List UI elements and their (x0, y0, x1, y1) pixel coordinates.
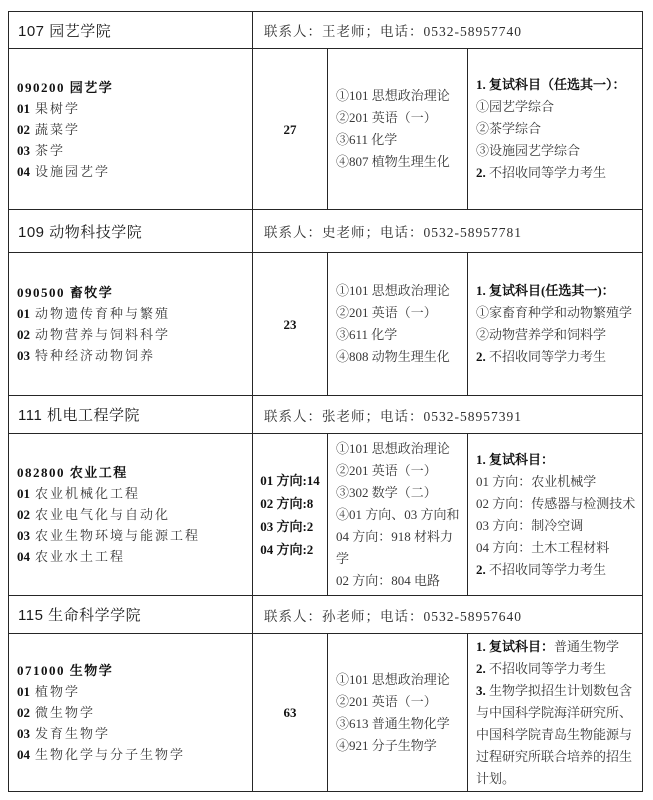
retest-line: 2. 不招收同等学力考生 (476, 658, 638, 680)
direction-number: 02 (17, 705, 30, 720)
direction-name: 茶学 (35, 143, 65, 158)
admissions-table: 107 园艺学院 联系人：王老师；电话：0532-58957740 090200… (8, 11, 643, 792)
contact-cell: 联系人：王老师；电话：0532-58957740 (253, 12, 643, 49)
direction-number: 03 (17, 528, 30, 543)
retest-list: 1. 复试科目（任选其一）： ①园艺学综合 ②茶学综合 ③设施园艺学综合 2. … (476, 74, 638, 184)
document-page: { "colors": { "background": "#ffffff", "… (0, 0, 653, 800)
direction-name: 设施园艺学 (35, 164, 110, 179)
quota-line: 23 (284, 313, 297, 336)
direction-item: 03茶学 (17, 140, 248, 161)
quota-lines: 27 (284, 118, 297, 141)
program-code-name: 090200 园艺学 (17, 77, 248, 98)
retest-line: 1. 复试科目（任选其一）： (476, 74, 638, 96)
direction-number: 03 (17, 143, 30, 158)
exam-subject-line: ①101 思想政治理论 (336, 85, 464, 107)
retest-line: ②动物营养学和饲料学 (476, 324, 638, 346)
direction-item: 03农业生物环境与能源工程 (17, 525, 248, 546)
direction-name: 农业水土工程 (35, 549, 125, 564)
retest-line: ③设施园艺学综合 (476, 140, 638, 162)
direction-item: 02蔬菜学 (17, 119, 248, 140)
exam-subject-line: ②201 英语（一） (336, 691, 464, 713)
exam-subjects-cell: ①101 思想政治理论②201 英语（一）③613 普通生物化学④921 分子生… (328, 634, 468, 792)
college-header-row: 109 动物科技学院 联系人：史老师；电话：0532-58957781 (9, 210, 643, 253)
direction-name: 动物营养与饲料科学 (35, 327, 170, 342)
exam-subject-line: ②201 英语（一） (336, 460, 464, 482)
exam-subject-line: ①101 思想政治理论 (336, 669, 464, 691)
college-name: 115 生命科学学院 (18, 607, 141, 624)
retest-cell: 1. 复试科目（任选其一）： ①园艺学综合 ②茶学综合 ③设施园艺学综合 2. … (468, 49, 643, 210)
quota-cell: 23 (253, 253, 328, 396)
retest-bold: 2. (476, 165, 486, 180)
direction-name: 动物遗传育种与繁殖 (35, 306, 170, 321)
retest-line: 1. 复试科目(任选其一)： (476, 280, 638, 302)
retest-cell: 1. 复试科目： 01 方向：农业机械学 02 方向：传感器与检测技术 03 方… (468, 434, 643, 596)
retest-cell: 1. 复试科目：普通生物学 2. 不招收同等学力考生 3. 生物学拟招生计划数包… (468, 634, 643, 792)
program-cell: 090200 园艺学 01果树学 02蔬菜学 03茶学 04设施园艺学 (9, 49, 253, 210)
program-row: 090500 畜牧学 01动物遗传育种与繁殖 02动物营养与饲料科学 03特种经… (9, 253, 643, 396)
retest-text: 01 方向：农业机械学 (476, 474, 596, 489)
quota-lines: 01 方向:1402 方向:803 方向:204 方向:2 (260, 469, 320, 561)
direction-name: 农业电气化与自动化 (35, 507, 170, 522)
direction-item: 03发育生物学 (17, 723, 248, 744)
retest-text: 普通生物学 (554, 639, 619, 654)
direction-list: 01农业机械化工程 02农业电气化与自动化 03农业生物环境与能源工程 04农业… (17, 483, 248, 567)
quota-line: 04 方向:2 (260, 538, 320, 561)
retest-text: ①家畜育种学和动物繁殖学 (476, 305, 632, 320)
direction-item: 04农业水土工程 (17, 546, 248, 567)
exam-subject-line: ②201 英语（一） (336, 302, 464, 324)
contact-info: 联系人：孙老师；电话：0532-58957640 (264, 609, 522, 624)
direction-number: 03 (17, 348, 30, 363)
quota-line: 01 方向:14 (260, 469, 320, 492)
quota-line: 63 (284, 701, 297, 724)
exam-subject-list: ①101 思想政治理论②201 英语（一）③611 化学④808 动物生理生化 (336, 280, 464, 368)
college-name-cell: 115 生命科学学院 (9, 596, 253, 634)
exam-subjects-cell: ①101 思想政治理论②201 英语（一）③611 化学④808 动物生理生化 (328, 253, 468, 396)
direction-number: 02 (17, 507, 30, 522)
direction-number: 02 (17, 122, 30, 137)
retest-line: 01 方向：农业机械学 (476, 471, 638, 493)
quota-line: 03 方向:2 (260, 515, 320, 538)
retest-line: 3. 生物学拟招生计划数包含与中国科学院海洋研究所、中国科学院青岛生物能源与过程… (476, 680, 638, 790)
retest-text: 03 方向：制冷空调 (476, 518, 583, 533)
direction-item: 01植物学 (17, 681, 248, 702)
quota-line: 02 方向:8 (260, 492, 320, 515)
direction-number: 01 (17, 486, 30, 501)
direction-name: 植物学 (35, 684, 80, 699)
exam-subjects-cell: ①101 思想政治理论②201 英语（一）③302 数学（二）④01 方向、03… (328, 434, 468, 596)
exam-subject-list: ①101 思想政治理论②201 英语（一）③611 化学④807 植物生理生化 (336, 85, 464, 173)
retest-bold: 2. (476, 349, 486, 364)
direction-number: 01 (17, 684, 30, 699)
direction-name: 农业生物环境与能源工程 (35, 528, 200, 543)
direction-item: 04生物化学与分子生物学 (17, 744, 248, 765)
retest-bold: 1. 复试科目： (476, 452, 554, 467)
direction-number: 01 (17, 101, 30, 116)
retest-line: 02 方向：传感器与检测技术 (476, 493, 638, 515)
retest-line: 2. 不招收同等学力考生 (476, 346, 638, 368)
exam-subject-list: ①101 思想政治理论②201 英语（一）③302 数学（二）④01 方向、03… (336, 438, 464, 592)
program-code-name: 082800 农业工程 (17, 462, 248, 483)
retest-line: 1. 复试科目： (476, 449, 638, 471)
college-header-row: 115 生命科学学院 联系人：孙老师；电话：0532-58957640 (9, 596, 643, 634)
exam-subject-line: ④807 植物生理生化 (336, 151, 464, 173)
retest-text: 不招收同等学力考生 (486, 562, 606, 577)
retest-bold: 1. 复试科目： (476, 639, 554, 654)
contact-cell: 联系人：张老师；电话：0532-58957391 (253, 396, 643, 434)
program-cell: 082800 农业工程 01农业机械化工程 02农业电气化与自动化 03农业生物… (9, 434, 253, 596)
direction-item: 02微生物学 (17, 702, 248, 723)
retest-text: 不招收同等学力考生 (486, 349, 606, 364)
retest-bold: 1. 复试科目(任选其一)： (476, 283, 615, 298)
college-name: 111 机电工程学院 (18, 407, 140, 424)
direction-number: 04 (17, 747, 30, 762)
retest-text: ①园艺学综合 (476, 99, 554, 114)
quota-cell: 01 方向:1402 方向:803 方向:204 方向:2 (253, 434, 328, 596)
direction-item: 03特种经济动物饲养 (17, 345, 248, 366)
retest-line: 03 方向：制冷空调 (476, 515, 638, 537)
direction-number: 02 (17, 327, 30, 342)
program-code-name: 071000 生物学 (17, 660, 248, 681)
quota-lines: 23 (284, 313, 297, 336)
program-row: 082800 农业工程 01农业机械化工程 02农业电气化与自动化 03农业生物… (9, 434, 643, 596)
direction-name: 生物化学与分子生物学 (35, 747, 185, 762)
contact-info: 联系人：王老师；电话：0532-58957740 (264, 24, 522, 39)
direction-item: 02农业电气化与自动化 (17, 504, 248, 525)
direction-list: 01植物学 02微生物学 03发育生物学 04生物化学与分子生物学 (17, 681, 248, 765)
exam-subjects-cell: ①101 思想政治理论②201 英语（一）③611 化学④807 植物生理生化 (328, 49, 468, 210)
direction-name: 农业机械化工程 (35, 486, 140, 501)
direction-list: 01果树学 02蔬菜学 03茶学 04设施园艺学 (17, 98, 248, 182)
exam-subject-line: ④01 方向、03 方向和 04 方向：918 材料力学 (336, 504, 464, 570)
quota-lines: 63 (284, 701, 297, 724)
contact-cell: 联系人：史老师；电话：0532-58957781 (253, 210, 643, 253)
program-code-name: 090500 畜牧学 (17, 282, 248, 303)
retest-bold: 2. (476, 661, 486, 676)
direction-name: 微生物学 (35, 705, 95, 720)
retest-line: 2. 不招收同等学力考生 (476, 559, 638, 581)
college-name-cell: 107 园艺学院 (9, 12, 253, 49)
retest-cell: 1. 复试科目(任选其一)： ①家畜育种学和动物繁殖学 ②动物营养学和饲料学 2… (468, 253, 643, 396)
retest-text: ③设施园艺学综合 (476, 143, 580, 158)
retest-text: 生物学拟招生计划数包含与中国科学院海洋研究所、中国科学院青岛生物能源与过程研究所… (476, 683, 632, 786)
quota-cell: 27 (253, 49, 328, 210)
direction-name: 蔬菜学 (35, 122, 80, 137)
retest-list: 1. 复试科目： 01 方向：农业机械学 02 方向：传感器与检测技术 03 方… (476, 449, 638, 581)
exam-subject-line: 02 方向：804 电路 (336, 570, 464, 592)
retest-text: 02 方向：传感器与检测技术 (476, 496, 635, 511)
contact-info: 联系人：张老师；电话：0532-58957391 (264, 409, 522, 424)
direction-number: 01 (17, 306, 30, 321)
retest-text: ②动物营养学和饲料学 (476, 327, 606, 342)
retest-line: 2. 不招收同等学力考生 (476, 162, 638, 184)
direction-item: 04设施园艺学 (17, 161, 248, 182)
retest-line: ①园艺学综合 (476, 96, 638, 118)
direction-item: 01动物遗传育种与繁殖 (17, 303, 248, 324)
program-cell: 071000 生物学 01植物学 02微生物学 03发育生物学 04生物化学与分… (9, 634, 253, 792)
direction-number: 04 (17, 164, 30, 179)
direction-name: 发育生物学 (35, 726, 110, 741)
direction-number: 04 (17, 549, 30, 564)
exam-subject-line: ③611 化学 (336, 129, 464, 151)
exam-subject-line: ③302 数学（二） (336, 482, 464, 504)
direction-name: 果树学 (35, 101, 80, 116)
retest-bold: 1. 复试科目（任选其一）： (476, 77, 626, 92)
contact-info: 联系人：史老师；电话：0532-58957781 (264, 225, 522, 240)
exam-subject-line: ③611 化学 (336, 324, 464, 346)
retest-line: 1. 复试科目：普通生物学 (476, 636, 638, 658)
direction-item: 01果树学 (17, 98, 248, 119)
retest-text: 04 方向：土木工程材料 (476, 540, 609, 555)
exam-subject-line: ①101 思想政治理论 (336, 280, 464, 302)
retest-bold: 3. (476, 683, 486, 698)
exam-subject-line: ②201 英语（一） (336, 107, 464, 129)
program-cell: 090500 畜牧学 01动物遗传育种与繁殖 02动物营养与饲料科学 03特种经… (9, 253, 253, 396)
direction-item: 01农业机械化工程 (17, 483, 248, 504)
program-row: 071000 生物学 01植物学 02微生物学 03发育生物学 04生物化学与分… (9, 634, 643, 792)
retest-list: 1. 复试科目：普通生物学 2. 不招收同等学力考生 3. 生物学拟招生计划数包… (476, 636, 638, 790)
exam-subject-line: ④921 分子生物学 (336, 735, 464, 757)
retest-text: 不招收同等学力考生 (486, 165, 606, 180)
retest-text: 不招收同等学力考生 (486, 661, 606, 676)
retest-list: 1. 复试科目(任选其一)： ①家畜育种学和动物繁殖学 ②动物营养学和饲料学 2… (476, 280, 638, 368)
direction-item: 02动物营养与饲料科学 (17, 324, 248, 345)
college-name-cell: 111 机电工程学院 (9, 396, 253, 434)
retest-bold: 2. (476, 562, 486, 577)
exam-subject-list: ①101 思想政治理论②201 英语（一）③613 普通生物化学④921 分子生… (336, 669, 464, 757)
retest-line: ①家畜育种学和动物繁殖学 (476, 302, 638, 324)
college-name-cell: 109 动物科技学院 (9, 210, 253, 253)
college-header-row: 111 机电工程学院 联系人：张老师；电话：0532-58957391 (9, 396, 643, 434)
college-name: 107 园艺学院 (18, 23, 111, 40)
retest-text: ②茶学综合 (476, 121, 541, 136)
exam-subject-line: ③613 普通生物化学 (336, 713, 464, 735)
retest-line: ②茶学综合 (476, 118, 638, 140)
admissions-table-wrap: 107 园艺学院 联系人：王老师；电话：0532-58957740 090200… (8, 11, 643, 792)
contact-cell: 联系人：孙老师；电话：0532-58957640 (253, 596, 643, 634)
exam-subject-line: ④808 动物生理生化 (336, 346, 464, 368)
direction-list: 01动物遗传育种与繁殖 02动物营养与饲料科学 03特种经济动物饲养 (17, 303, 248, 366)
direction-number: 03 (17, 726, 30, 741)
quota-line: 27 (284, 118, 297, 141)
exam-subject-line: ①101 思想政治理论 (336, 438, 464, 460)
program-row: 090200 园艺学 01果树学 02蔬菜学 03茶学 04设施园艺学 2 (9, 49, 643, 210)
direction-name: 特种经济动物饲养 (35, 348, 155, 363)
college-header-row: 107 园艺学院 联系人：王老师；电话：0532-58957740 (9, 12, 643, 49)
quota-cell: 63 (253, 634, 328, 792)
college-name: 109 动物科技学院 (18, 224, 142, 241)
retest-line: 04 方向：土木工程材料 (476, 537, 638, 559)
